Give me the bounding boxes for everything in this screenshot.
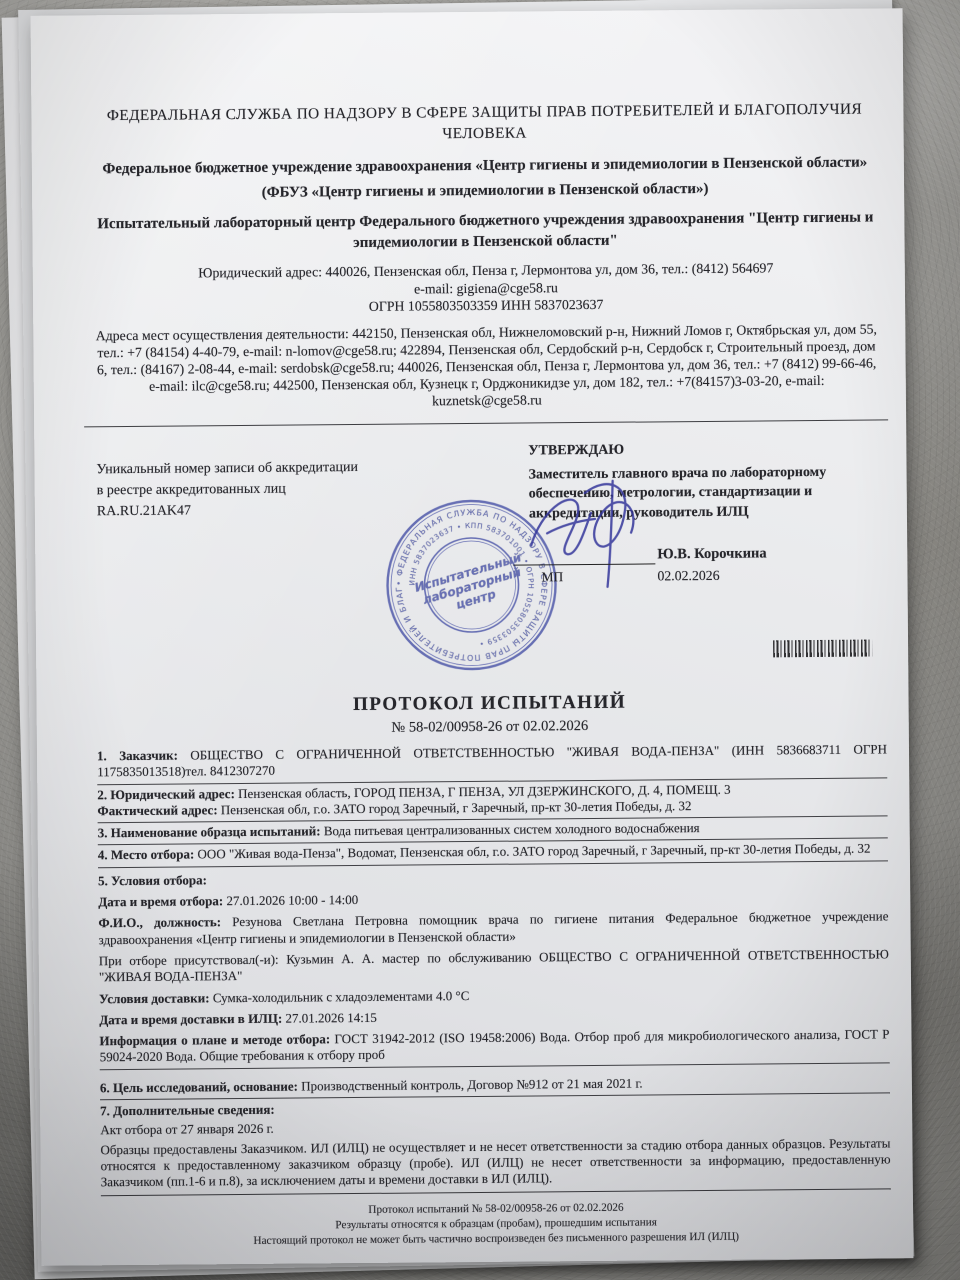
customer-label: 1. Заказчик: (97, 748, 178, 764)
disclaimer-paragraph: Образцы предоставлены Заказчиком. ИЛ (ИЛ… (100, 1135, 890, 1196)
sample-name-label: 3. Наименование образца испытаний: (98, 824, 321, 841)
delivery-datetime: Дата и время доставки в ИЛЦ: 27.01.2026 … (99, 1005, 889, 1028)
delivery-datetime-value: 27.01.2026 14:15 (285, 1010, 377, 1026)
sampler-fio-label: Ф.И.О., должность: (98, 915, 221, 931)
approval-date: 02.02.2026 (657, 568, 719, 585)
delivery-conditions-value: Сумка-холодильник с хладоэлементами 4.0 … (213, 988, 470, 1005)
sample-name-value: Вода питьевая централизованных систем хо… (324, 820, 700, 838)
org-name-short: (ФБУЗ «Центр гигиены и эпидемиологии в П… (92, 177, 878, 205)
actual-address-value: Пензенская обл, г.о. ЗАТО город Заречный… (221, 798, 692, 817)
mp-label: МП (541, 569, 563, 585)
customer-value: ОБЩЕСТВО С ОГРАНИЧЕННОЙ ОТВЕТСТВЕННОСТЬЮ… (97, 741, 887, 779)
document-header: ФЕДЕРАЛЬНАЯ СЛУЖБА ПО НАДЗОРУ В СФЕРЕ ЗА… (91, 98, 880, 411)
protocol-table: 1. Заказчик: ОБЩЕСТВО С ОГРАНИЧЕННОЙ ОТВ… (97, 739, 891, 1249)
sampler-fio: Ф.И.О., должность: Резунова Светлана Пет… (98, 909, 888, 948)
lab-center-name: Испытательный лабораторный центр Федерал… (92, 207, 878, 256)
sampling-datetime: Дата и время отбора: 27.01.2026 10:00 - … (98, 887, 888, 910)
purpose-value: Производственный контроль, Договор №912 … (301, 1075, 643, 1093)
sampling-place-value: ООО "Живая вода-Пенза", Водомат, Пензенс… (197, 841, 870, 862)
org-name-full: Федеральное бюджетное учреждение здравоо… (92, 152, 878, 180)
sampling-datetime-value: 27.01.2026 10:00 - 14:00 (226, 892, 358, 908)
actual-address-label: Фактический адрес: (97, 802, 217, 818)
document-page: ФЕДЕРАЛЬНАЯ СЛУЖБА ПО НАДЗОРУ В СФЕРЕ ЗА… (31, 8, 914, 1266)
barcode (773, 640, 872, 658)
activity-addresses: Адреса мест осуществления деятельности: … (93, 320, 880, 412)
photo-background: { "header": { "service": "ФЕДЕРАЛЬНАЯ СЛ… (0, 0, 960, 1280)
protocol-number: № 58-02/00958-26 от 02.02.2026 (97, 715, 883, 739)
sampling-conditions-label: 5. Условия отбора: (98, 866, 888, 889)
header-divider (84, 419, 888, 427)
accreditation-line1: Уникальный номер записи об аккредитации (96, 456, 436, 480)
delivery-datetime-label: Дата и время доставки в ИЛЦ: (99, 1011, 282, 1028)
legal-address-label: 2. Юридический адрес: (97, 786, 235, 802)
org-header-service: ФЕДЕРАЛЬНАЯ СЛУЖБА ПО НАДЗОРУ В СФЕРЕ ЗА… (91, 98, 877, 147)
present-persons: При отборе присутствовал(-и): Кузьмин А.… (99, 946, 889, 985)
delivery-conditions: Условия доставки: Сумка-холодильник с хл… (99, 984, 889, 1007)
additional-info-section: 7. Дополнительные сведения: Акт отбора о… (100, 1096, 891, 1195)
approver-name: Ю.В. Корочкина (657, 545, 767, 563)
sampling-conditions-section: 5. Условия отбора: Дата и время отбора: … (98, 861, 890, 1078)
delivery-conditions-label: Условия доставки: (99, 990, 210, 1006)
sampling-datetime-label: Дата и время отбора: (98, 893, 223, 909)
protocol-title-block: ПРОТОКОЛ ИСПЫТАНИЙ № 58-02/00958-26 от 0… (97, 689, 883, 739)
purpose-label: 6. Цель исследований, основание: (100, 1078, 298, 1095)
sampling-plan-info: Информация о плане и методе отбора: ГОСТ… (99, 1027, 889, 1070)
protocol-title: ПРОТОКОЛ ИСПЫТАНИЙ (97, 689, 883, 718)
sampling-place-label: 4. Место отбора: (98, 847, 195, 863)
page-footer: Протокол испытаний № 58-02/00958-26 от 0… (101, 1198, 891, 1250)
approve-heading: УТВЕРЖДАЮ (528, 438, 880, 461)
sampling-plan-label: Информация о плане и методе отбора: (99, 1031, 330, 1048)
present-label: При отборе присутствовал(-и): (99, 952, 279, 969)
